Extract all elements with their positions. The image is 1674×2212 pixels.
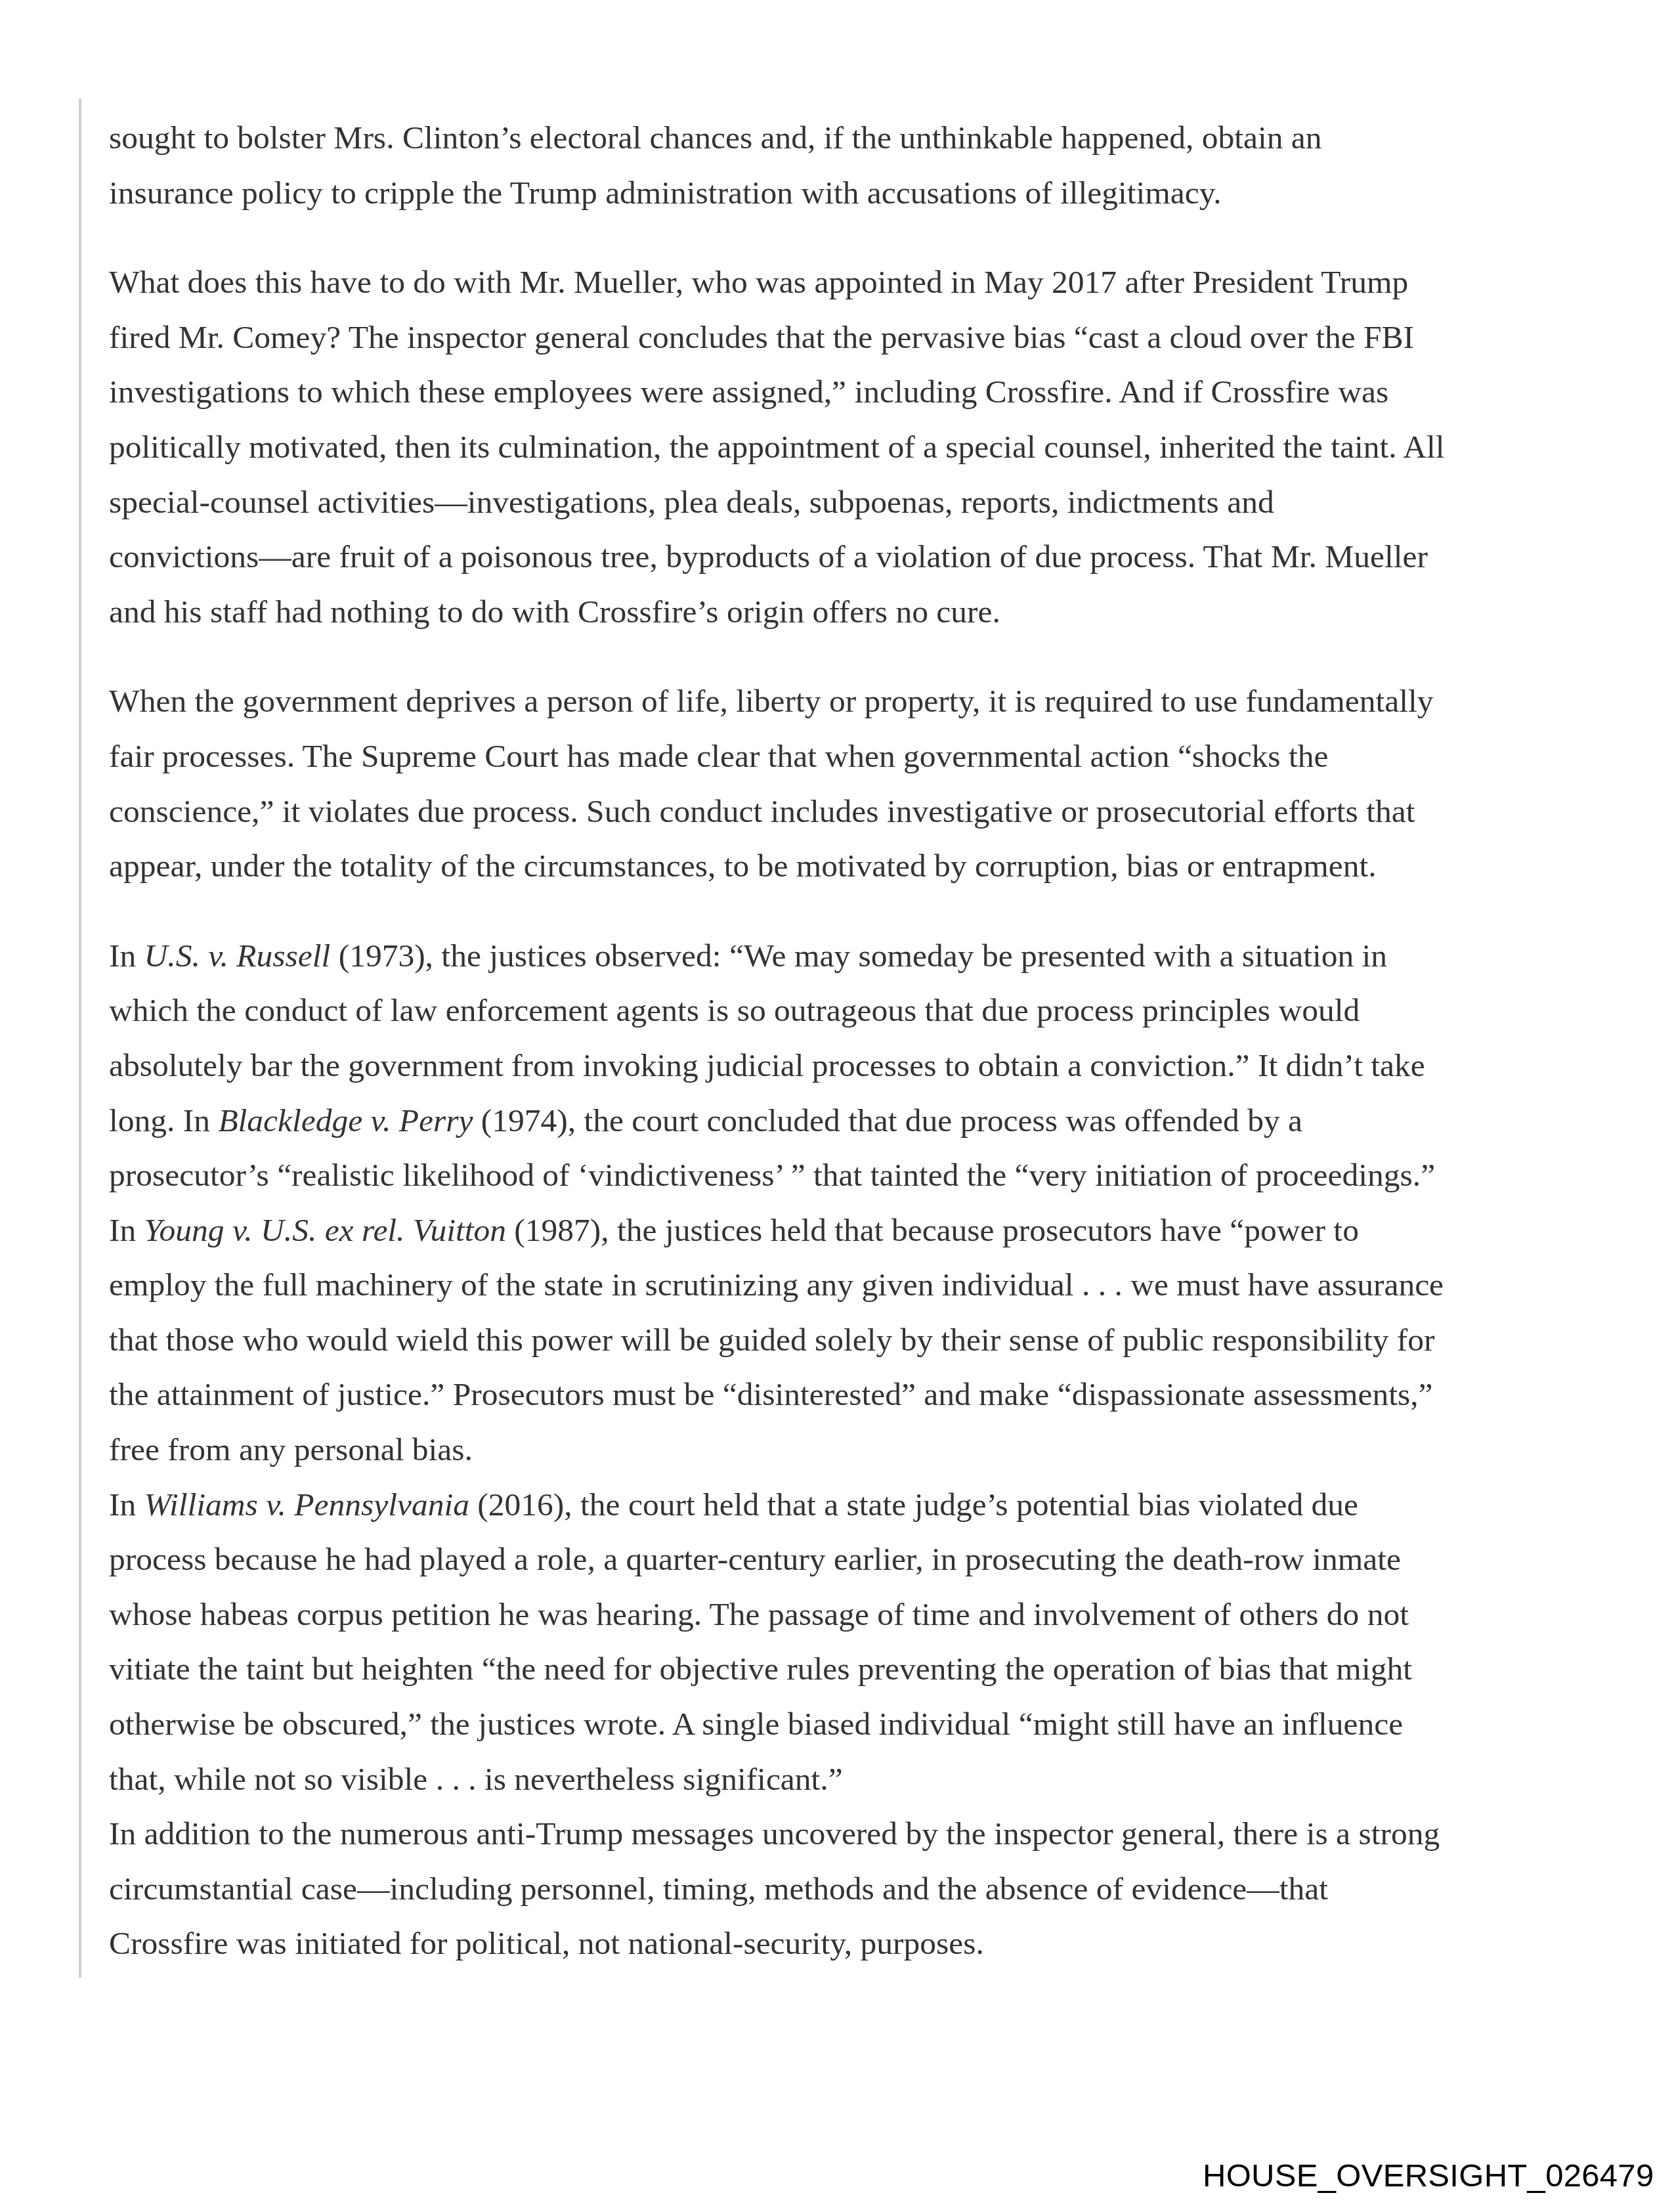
text-line: whose habeas corpus petition he was hear…: [109, 1587, 1612, 1642]
text-run: investigations to which these employees …: [109, 374, 1388, 410]
case-citation: Williams v. Pennsylvania: [144, 1486, 469, 1523]
paragraph: In U.S. v. Russell (1973), the justices …: [109, 928, 1612, 1971]
text-run: (1987), the justices held that because p…: [506, 1212, 1359, 1248]
text-line: which the conduct of law enforcement age…: [109, 983, 1612, 1038]
text-line: politically motivated, then its culminat…: [109, 420, 1612, 475]
text-line: the attainment of justice.” Prosecutors …: [109, 1367, 1612, 1422]
text-line: convictions—are fruit of a poisonous tre…: [109, 529, 1612, 584]
text-run: (1973), the justices observed: “We may s…: [330, 938, 1387, 974]
case-citation: U.S. v. Russell: [144, 938, 331, 974]
text-run: prosecutor’s “realistic likelihood of ‘v…: [109, 1157, 1435, 1193]
text-line: investigations to which these employees …: [109, 364, 1612, 420]
text-run: appear, under the totality of the circum…: [109, 848, 1377, 884]
text-line: Crossfire was initiated for political, n…: [109, 1916, 1612, 1971]
text-run: which the conduct of law enforcement age…: [109, 992, 1360, 1028]
text-run: conscience,” it violates due process. Su…: [109, 793, 1415, 829]
text-run: (1974), the court concluded that due pro…: [473, 1102, 1302, 1139]
text-run: free from any personal bias.: [109, 1431, 473, 1467]
article-body: sought to bolster Mrs. Clinton’s elector…: [109, 110, 1612, 1971]
text-line: In U.S. v. Russell (1973), the justices …: [109, 928, 1612, 984]
text-line: special-counsel activities—investigation…: [109, 475, 1612, 530]
case-citation: Blackledge v. Perry: [218, 1102, 473, 1139]
text-run: fired Mr. Comey? The inspector general c…: [109, 319, 1414, 355]
text-run: otherwise be obscured,” the justices wro…: [109, 1706, 1403, 1742]
text-line: free from any personal bias.: [109, 1422, 1612, 1477]
text-line: sought to bolster Mrs. Clinton’s elector…: [109, 110, 1612, 165]
paragraph: When the government deprives a person of…: [109, 674, 1612, 893]
text-run: and his staff had nothing to do with Cro…: [109, 594, 1000, 630]
text-line: prosecutor’s “realistic likelihood of ‘v…: [109, 1148, 1612, 1203]
text-run: insurance policy to cripple the Trump ad…: [109, 175, 1222, 211]
text-run: long. In: [109, 1102, 218, 1139]
text-run: special-counsel activities—investigation…: [109, 484, 1274, 520]
text-line: insurance policy to cripple the Trump ad…: [109, 165, 1612, 221]
text-line: that those who would wield this power wi…: [109, 1312, 1612, 1368]
text-line: and his staff had nothing to do with Cro…: [109, 584, 1612, 640]
text-run: In: [109, 1212, 144, 1248]
text-line: fired Mr. Comey? The inspector general c…: [109, 310, 1612, 365]
text-line: employ the full machinery of the state i…: [109, 1257, 1612, 1312]
paragraph: sought to bolster Mrs. Clinton’s elector…: [109, 110, 1612, 220]
text-run: politically motivated, then its culminat…: [109, 429, 1445, 465]
text-run: vitiate the taint but heighten “the need…: [109, 1651, 1412, 1687]
text-run: (2016), the court held that a state judg…: [469, 1486, 1358, 1523]
text-line: fair processes. The Supreme Court has ma…: [109, 729, 1612, 784]
text-run: When the government deprives a person of…: [109, 683, 1433, 719]
text-line: In addition to the numerous anti-Trump m…: [109, 1806, 1612, 1861]
text-run: Crossfire was initiated for political, n…: [109, 1925, 984, 1961]
text-line: process because he had played a role, a …: [109, 1532, 1612, 1587]
text-run: What does this have to do with Mr. Muell…: [109, 264, 1408, 300]
text-run: In: [109, 1486, 144, 1523]
text-run: circumstantial case—including personnel,…: [109, 1871, 1328, 1907]
text-run: that, while not so visible . . . is neve…: [109, 1761, 843, 1797]
text-line: otherwise be obscured,” the justices wro…: [109, 1697, 1612, 1752]
text-line: that, while not so visible . . . is neve…: [109, 1752, 1612, 1807]
text-run: process because he had played a role, a …: [109, 1541, 1401, 1577]
text-run: employ the full machinery of the state i…: [109, 1267, 1444, 1303]
text-run: that those who would wield this power wi…: [109, 1322, 1435, 1358]
bates-number: HOUSE_OVERSIGHT_026479: [1203, 2158, 1654, 2194]
text-line: What does this have to do with Mr. Muell…: [109, 255, 1612, 310]
text-run: fair processes. The Supreme Court has ma…: [109, 738, 1328, 774]
paragraph: What does this have to do with Mr. Muell…: [109, 255, 1612, 639]
text-line: When the government deprives a person of…: [109, 674, 1612, 729]
text-line: vitiate the taint but heighten “the need…: [109, 1641, 1612, 1697]
text-run: absolutely bar the government from invok…: [109, 1047, 1425, 1083]
text-line: In Williams v. Pennsylvania (2016), the …: [109, 1477, 1612, 1532]
text-line: appear, under the totality of the circum…: [109, 838, 1612, 894]
case-citation: Young v. U.S. ex rel. Vuitton: [144, 1212, 506, 1248]
text-line: long. In Blackledge v. Perry (1974), the…: [109, 1093, 1612, 1148]
text-run: sought to bolster Mrs. Clinton’s elector…: [109, 119, 1322, 156]
text-run: convictions—are fruit of a poisonous tre…: [109, 538, 1428, 575]
text-run: In addition to the numerous anti-Trump m…: [109, 1815, 1440, 1852]
text-run: the attainment of justice.” Prosecutors …: [109, 1376, 1433, 1412]
text-line: absolutely bar the government from invok…: [109, 1038, 1612, 1093]
text-line: In Young v. U.S. ex rel. Vuitton (1987),…: [109, 1203, 1612, 1258]
text-line: conscience,” it violates due process. Su…: [109, 784, 1612, 839]
text-run: In: [109, 938, 144, 974]
text-line: circumstantial case—including personnel,…: [109, 1861, 1612, 1917]
text-run: whose habeas corpus petition he was hear…: [109, 1596, 1409, 1632]
